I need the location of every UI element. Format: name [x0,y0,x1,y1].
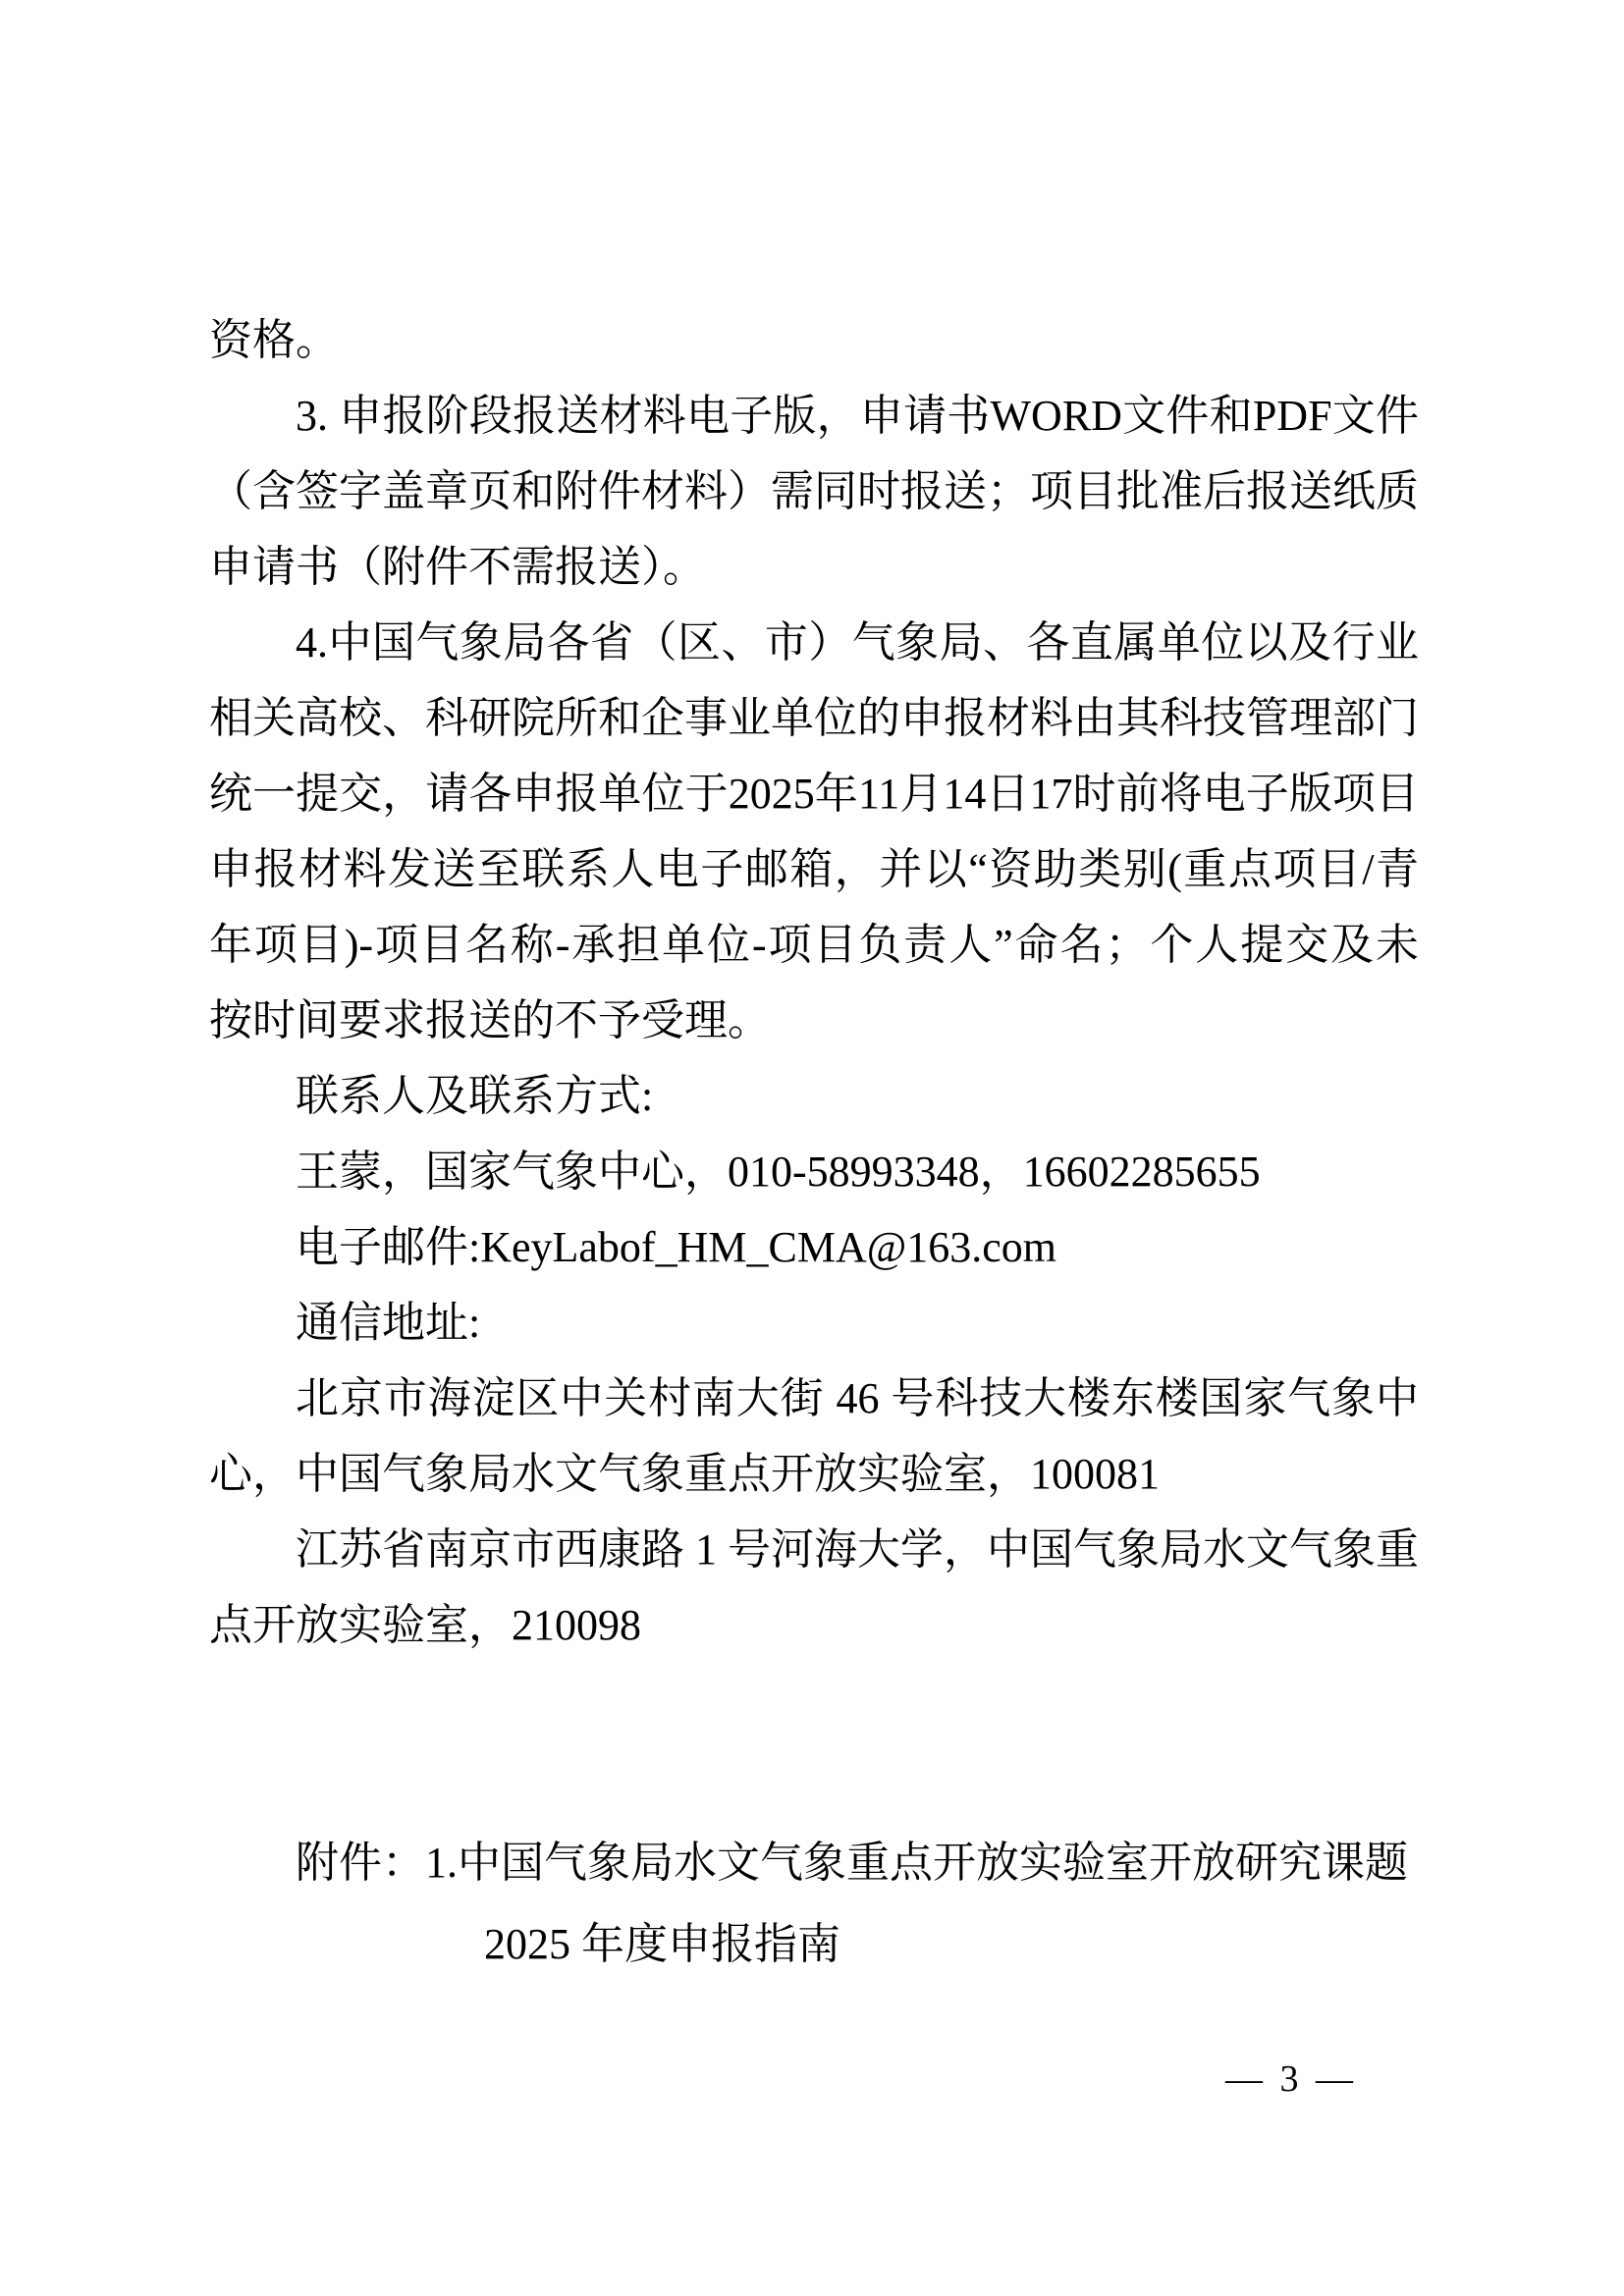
page-number: — 3 — [1225,2057,1353,2101]
text-line: 年项目)-项目名称-承担单位-项目负责人”命名；个人提交及未 [209,907,1419,983]
document-page: 资格。 3. 申报阶段报送材料电子版，申请书WORD文件和PDF文件 （含签字盖… [0,0,1624,2296]
address-beijing-line: 北京市海淀区中关村南大街 46 号科技大楼东楼国家气象中 [209,1361,1419,1436]
text-line: 相关高校、科研院所和企事业单位的申报材料由其科技管理部门 [209,680,1419,756]
text-line: 按时间要求报送的不予受理。 [209,983,1419,1058]
contact-heading-line: 联系人及联系方式: [209,1058,1419,1134]
address-nanjing-line: 点开放实验室，210098 [209,1587,1419,1663]
address-nanjing-line: 江苏省南京市西康路 1 号河海大学，中国气象局水文气象重 [209,1512,1419,1587]
text-line: 申报材料发送至联系人电子邮箱，并以“资助类别(重点项目/青 [209,831,1419,907]
attachment-line: 2025 年度申报指南 [209,1903,1486,1985]
text-line: 统一提交，请各申报单位于2025年11月14日17时前将电子版项目 [209,756,1419,831]
attachment-block: 附件：1.中国气象局水文气象重点开放实验室开放研究课题 2025 年度申报指南 [209,1822,1486,1985]
text-line: 4.中国气象局各省（区、市）气象局、各直属单位以及行业 [209,605,1419,680]
address-beijing-line: 心，中国气象局水文气象重点开放实验室，100081 [209,1436,1419,1512]
address-heading-line: 通信地址: [209,1285,1419,1361]
text-line: 3. 申报阶段报送材料电子版，申请书WORD文件和PDF文件 [209,378,1419,454]
contact-email-line: 电子邮件:KeyLabof_HM_CMA@163.com [209,1209,1419,1285]
text-line: （含签字盖章页和附件材料）需同时报送；项目批准后报送纸质 [209,454,1419,529]
text-line: 申请书（附件不需报送）。 [209,529,1419,605]
attachment-line: 附件：1.中国气象局水文气象重点开放实验室开放研究课题 [209,1822,1486,1903]
contact-phone-line: 王蒙，国家气象中心，010-58993348，16602285655 [209,1134,1419,1209]
document-body: 资格。 3. 申报阶段报送材料电子版，申请书WORD文件和PDF文件 （含签字盖… [209,302,1419,1663]
text-line: 资格。 [209,302,1419,378]
